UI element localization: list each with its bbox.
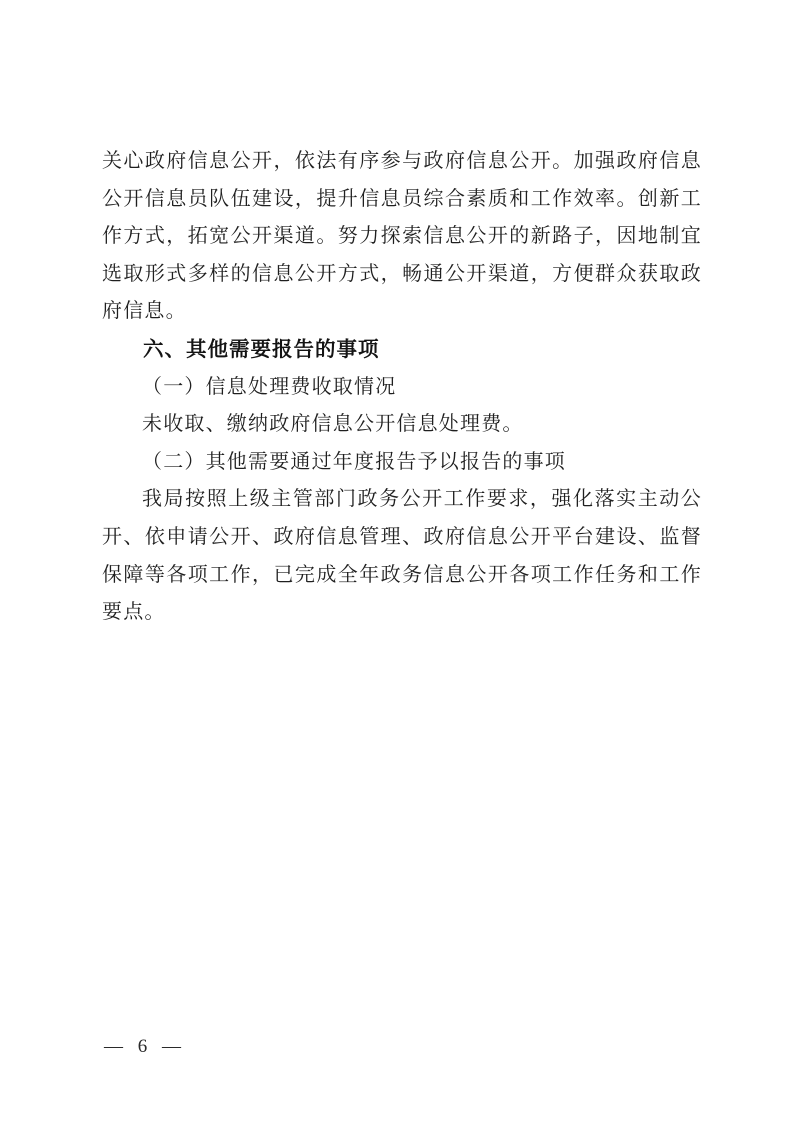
section-heading: 六、其他需要报告的事项 — [102, 331, 702, 369]
document-body: 关心政府信息公开，依法有序参与政府信息公开。加强政府信息公开信息员队伍建设，提升… — [102, 143, 702, 632]
paragraph: 未收取、缴纳政府信息公开信息处理费。 — [102, 406, 702, 444]
paragraph-continuation: 关心政府信息公开，依法有序参与政府信息公开。加强政府信息公开信息员队伍建设，提升… — [102, 143, 702, 331]
subsection-heading-1: （一）信息处理费收取情况 — [102, 369, 702, 407]
page-number: — 6 — — [104, 1036, 186, 1057]
document-page: 关心政府信息公开，依法有序参与政府信息公开。加强政府信息公开信息员队伍建设，提升… — [0, 0, 793, 1122]
page-footer: — 6 — — [104, 1035, 186, 1059]
paragraph: 我局按照上级主管部门政务公开工作要求，强化落实主动公开、依申请公开、政府信息管理… — [102, 481, 702, 631]
subsection-heading-2: （二）其他需要通过年度报告予以报告的事项 — [102, 444, 702, 482]
